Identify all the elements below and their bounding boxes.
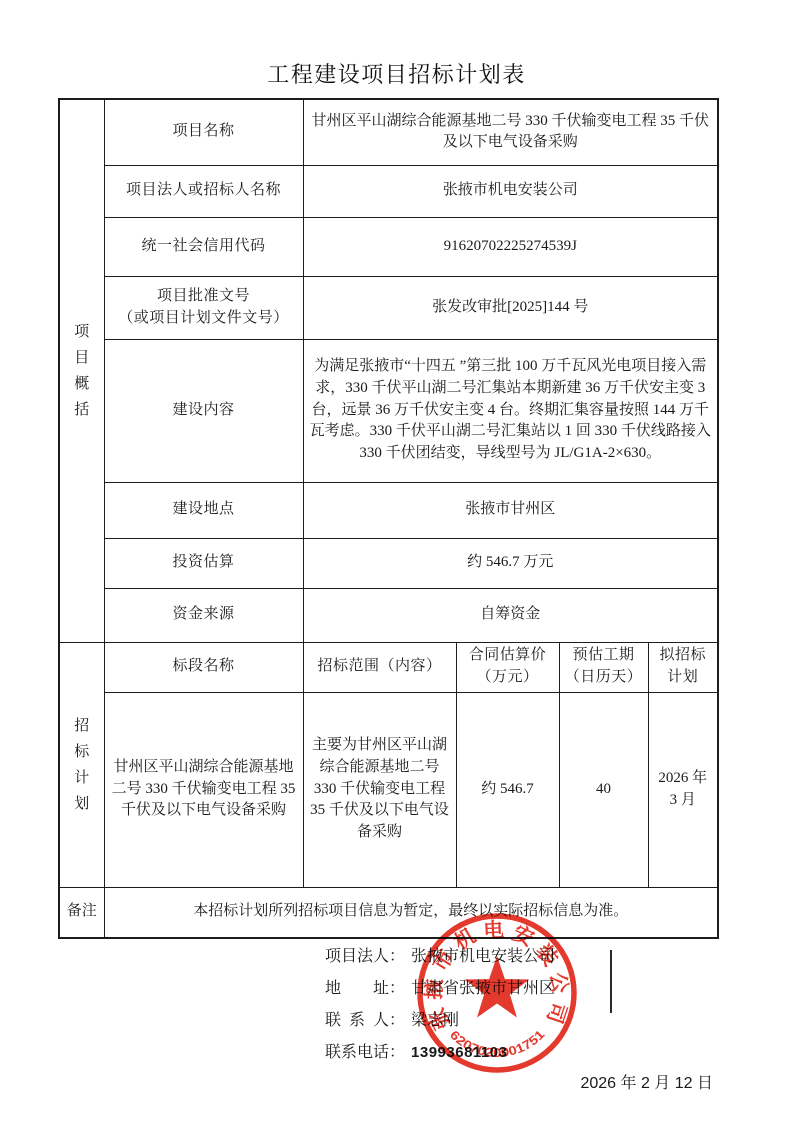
table-row: 资金来源 自筹资金	[59, 588, 718, 642]
col-header-schedule: 拟招标 计划	[648, 642, 718, 692]
document-date: 2026 年 2 月 12 日	[580, 1070, 713, 1093]
value-investment: 约 546.7 万元	[303, 538, 718, 588]
table-row: 项目批准文号 （或项目计划文件文号） 张发改审批[2025]144 号	[59, 276, 718, 339]
table-row: 建设内容 为满足张掖市“十四五 ”第三批 100 万千瓦风光电项目接入需求，33…	[59, 339, 718, 482]
contact-label: 联系电话	[325, 1037, 389, 1069]
value-project-name: 甘州区平山湖综合能源基地二号 330 千伏输变电工程 35 千伏及以下电气设备采…	[303, 99, 718, 165]
row-label-credit-code: 统一社会信用代码	[104, 217, 303, 276]
table-row: 统一社会信用代码 91620702225274539J	[59, 217, 718, 276]
row-label-approval-doc: 项目批准文号 （或项目计划文件文号）	[104, 276, 303, 339]
table-row: 项目概括 项目名称 甘州区平山湖综合能源基地二号 330 千伏输变电工程 35 …	[59, 99, 718, 165]
company-seal: 张掖市机电安装公司 6207020001751	[414, 910, 580, 1076]
row-label-investment: 投资估算	[104, 538, 303, 588]
seal-code-text: 6207020001751	[447, 1027, 547, 1060]
value-approval-doc: 张发改审批[2025]144 号	[303, 276, 718, 339]
cell-section-name: 甘州区平山湖综合能源基地二号 330 千伏输变电工程 35 千伏及以下电气设备采…	[104, 692, 303, 887]
cell-price: 约 546.7	[456, 692, 559, 887]
bidding-plan-table: 项目概括 项目名称 甘州区平山湖综合能源基地二号 330 千伏输变电工程 35 …	[58, 98, 719, 939]
seal-star-icon	[465, 956, 530, 1018]
cell-scope: 主要为甘州区平山湖综合能源基地二号 330 千伏输变电工程 35 千伏及以下电气…	[303, 692, 456, 887]
colon: ：	[389, 1044, 405, 1061]
table-row: 建设地点 张掖市甘州区	[59, 482, 718, 538]
value-construction-content: 为满足张掖市“十四五 ”第三批 100 万千瓦风光电项目接入需求，330 千伏平…	[303, 339, 718, 482]
table-row: 投资估算 约 546.7 万元	[59, 538, 718, 588]
row-label-construction-content: 建设内容	[104, 339, 303, 482]
contact-label: 项目法人	[325, 941, 389, 973]
remark-text: 本招标计划所列招标项目信息为暂定，最终以实际招标信息为准。	[104, 887, 718, 938]
row-label-legal-person: 项目法人或招标人名称	[104, 165, 303, 217]
col-header-scope: 招标范围（内容）	[303, 642, 456, 692]
col-header-price: 合同估算价 （万元）	[456, 642, 559, 692]
cell-schedule: 2026 年 3 月	[648, 692, 718, 887]
page-title: 工程建设项目招标计划表	[0, 58, 793, 89]
cell-duration: 40	[559, 692, 648, 887]
table-header-row: 招标计划 标段名称 招标范围（内容） 合同估算价 （万元） 预估工期 （日历天）…	[59, 642, 718, 692]
section-label-remark: 备注	[59, 887, 104, 938]
contact-label: 联系人	[325, 1005, 389, 1037]
table-row: 甘州区平山湖综合能源基地二号 330 千伏输变电工程 35 千伏及以下电气设备采…	[59, 692, 718, 887]
value-location: 张掖市甘州区	[303, 482, 718, 538]
colon: ：	[389, 1012, 405, 1029]
section-label-overview: 项目概括	[59, 99, 104, 642]
value-funding: 自筹资金	[303, 588, 718, 642]
row-label-project-name: 项目名称	[104, 99, 303, 165]
row-label-location: 建设地点	[104, 482, 303, 538]
table-row: 项目法人或招标人名称 张掖市机电安装公司	[59, 165, 718, 217]
value-credit-code: 91620702225274539J	[303, 217, 718, 276]
scan-artifact-line	[610, 950, 612, 1013]
row-label-funding: 资金来源	[104, 588, 303, 642]
table-row: 备注 本招标计划所列招标项目信息为暂定，最终以实际招标信息为准。	[59, 887, 718, 938]
value-legal-person: 张掖市机电安装公司	[303, 165, 718, 217]
col-header-duration: 预估工期 （日历天）	[559, 642, 648, 692]
contact-label: 地址	[325, 973, 389, 1005]
colon: ：	[389, 948, 405, 965]
colon: ：	[389, 980, 405, 997]
section-label-plan: 招标计划	[59, 642, 104, 887]
col-header-section-name: 标段名称	[104, 642, 303, 692]
